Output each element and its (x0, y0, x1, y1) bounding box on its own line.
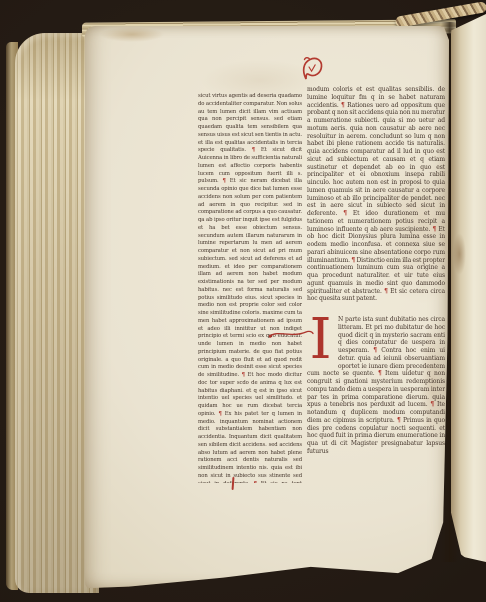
latin-paragraph: modum coloris et est qualitas sensibilis… (307, 86, 445, 303)
text-column-left: sicut virtus agentis ad deseria quadamo … (198, 93, 302, 483)
quire-mark (300, 54, 326, 84)
stain (453, 233, 466, 275)
rubricated-initial-I: I (307, 317, 334, 367)
book-photo: sicut virtus agentis ad deseria quadamo … (0, 0, 486, 602)
facing-page-edge (451, 14, 486, 562)
initial-flourish (268, 328, 314, 342)
text-column-right: modum coloris et est qualitas sensibilis… (307, 86, 445, 490)
stain (100, 27, 164, 42)
latin-paragraph-with-initial: IN parte ista sunt dubitatio nes circa l… (307, 316, 445, 456)
